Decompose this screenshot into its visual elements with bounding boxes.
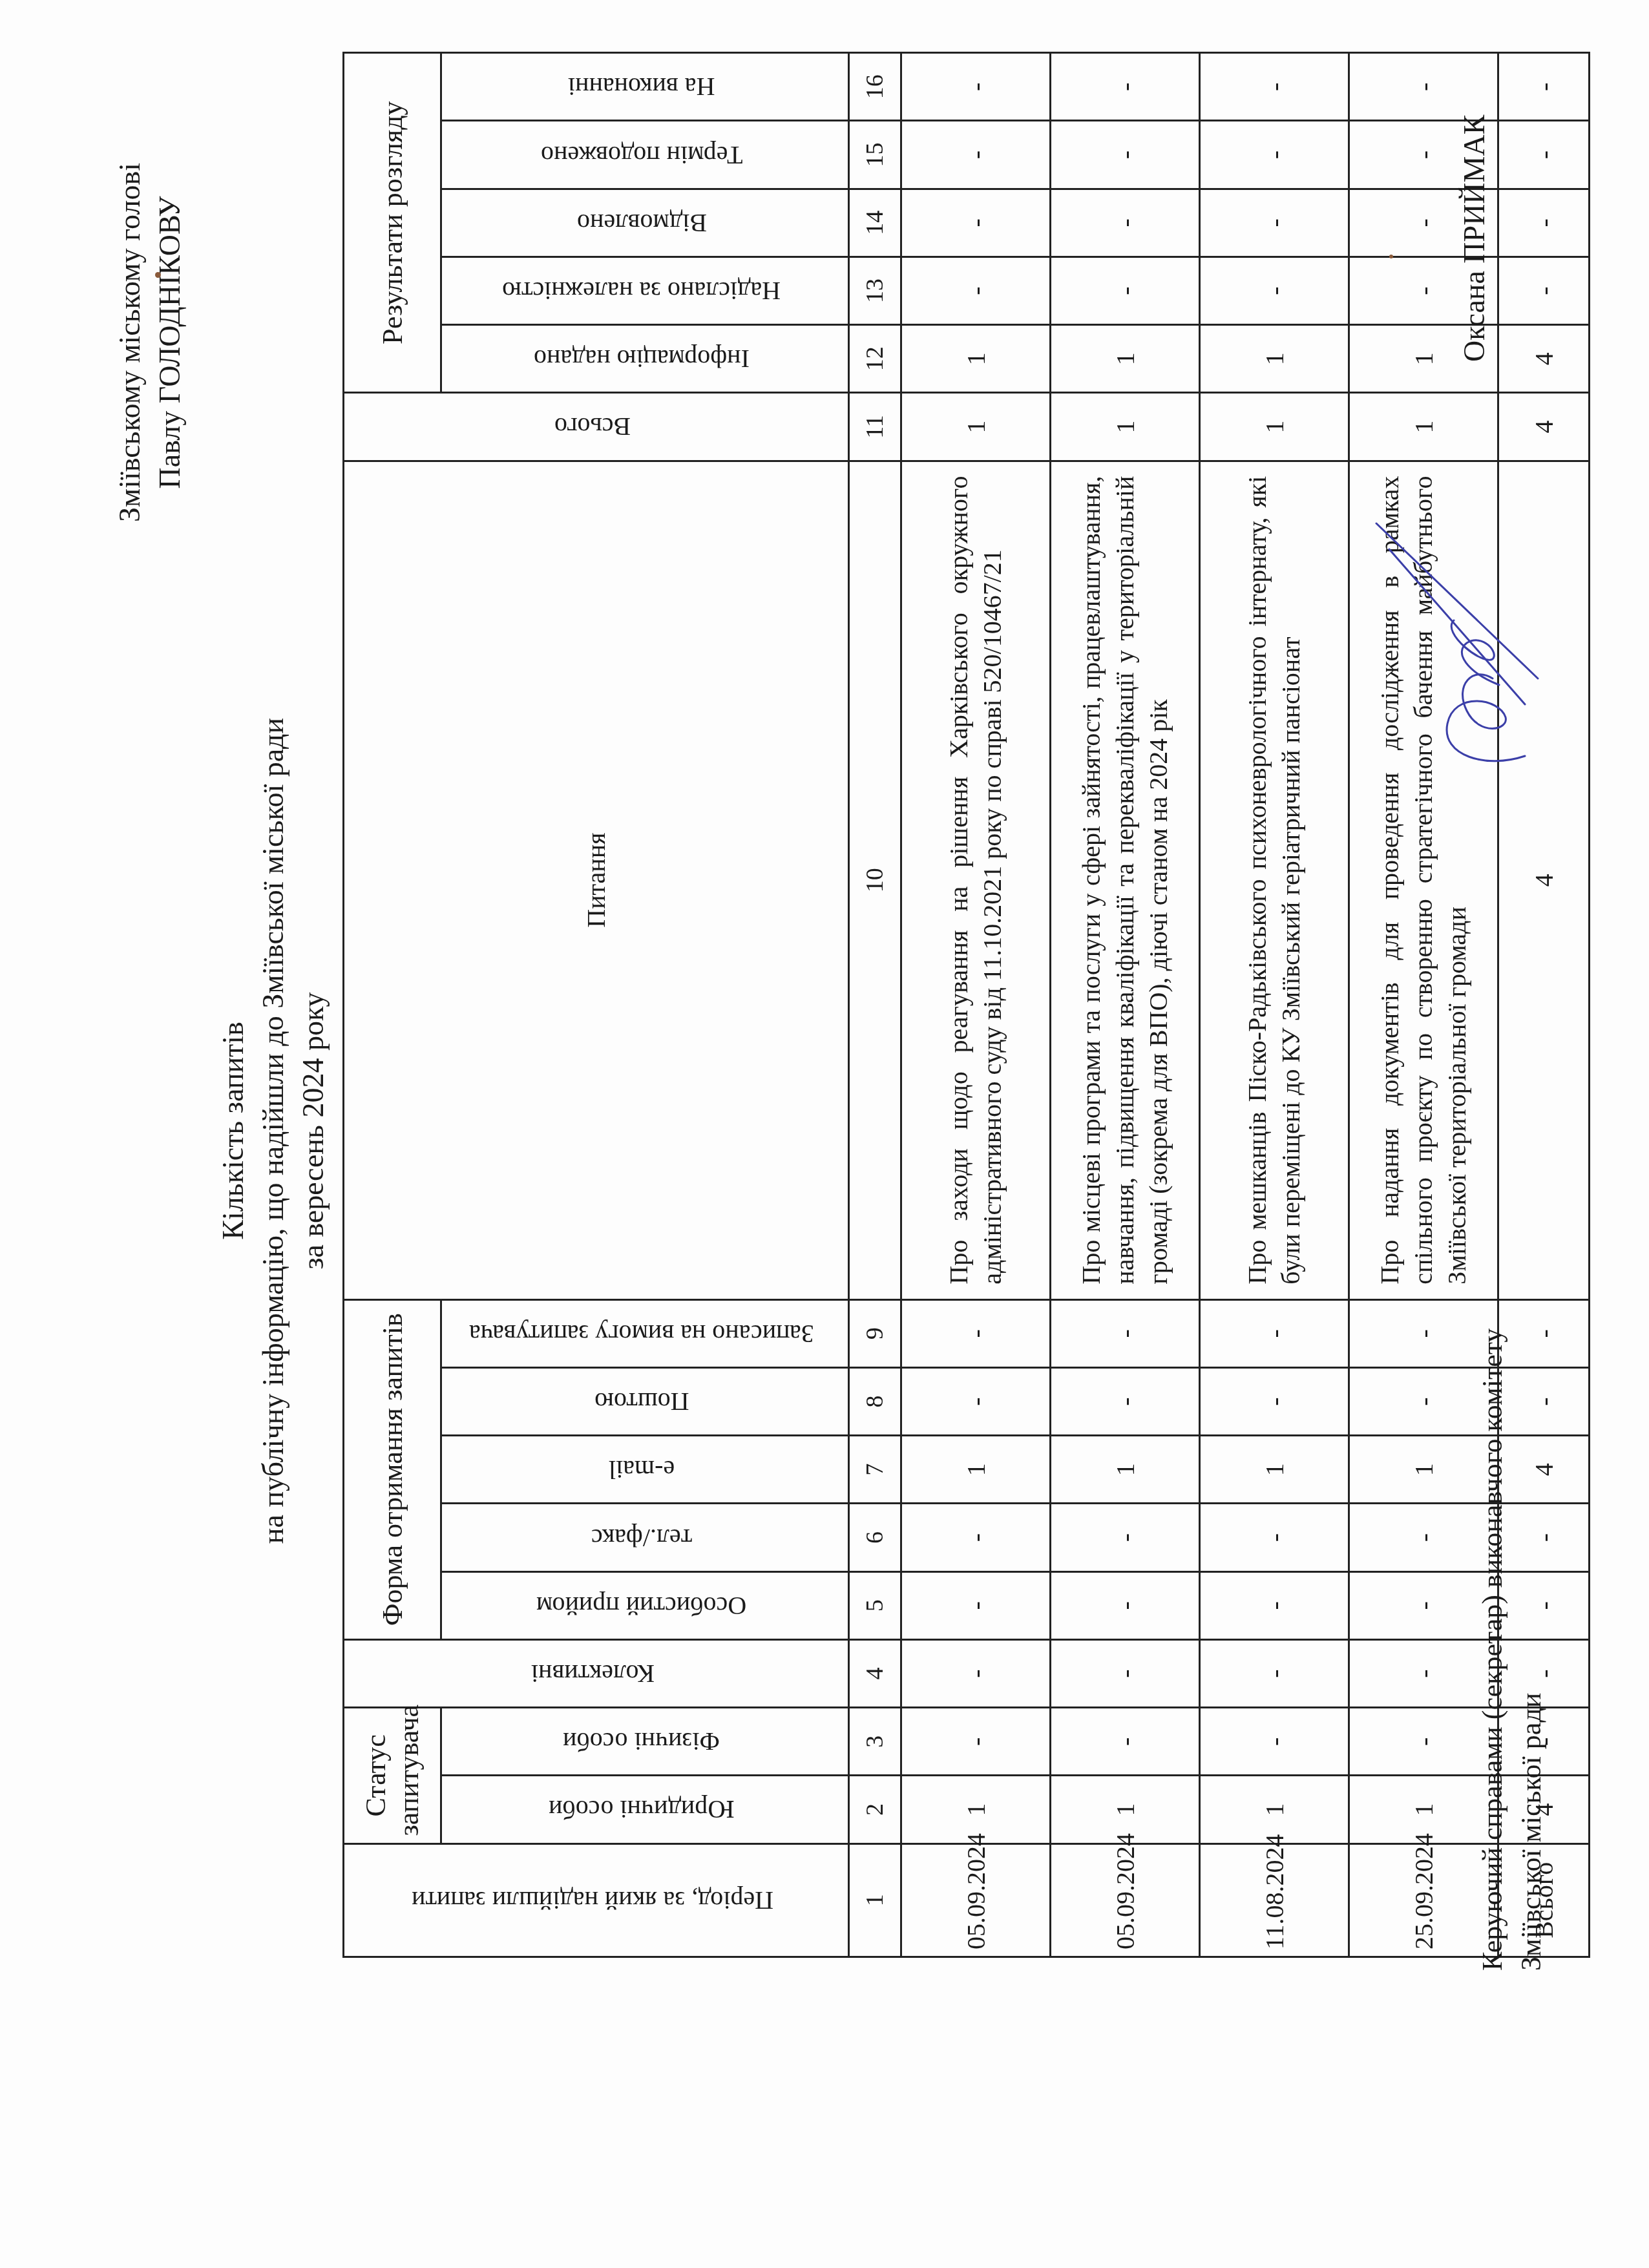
cell-refused: - xyxy=(1200,189,1349,257)
cell-forwarded: - xyxy=(1200,257,1349,324)
col-num: 7 xyxy=(849,1436,901,1504)
col-num: 2 xyxy=(849,1776,901,1843)
cell-email: 1 xyxy=(901,1436,1051,1504)
requests-table: Період, за який надійшли запити Статус з… xyxy=(342,52,1590,1958)
col-num: 1 xyxy=(849,1843,901,1957)
cell-total: 1 xyxy=(1200,393,1349,461)
header-form-group: Форма отримання запитів xyxy=(344,1299,441,1639)
header-results-group: Результати розгляду xyxy=(344,53,441,393)
signer-name: Оксана ПРИЙМАК xyxy=(1457,115,1491,362)
col-num: 14 xyxy=(849,189,901,257)
col-num: 10 xyxy=(849,461,901,1299)
document-title: Кількість запитів на публічну інформацію… xyxy=(213,614,333,1648)
col-num: 16 xyxy=(849,53,901,121)
cell-post: - xyxy=(1051,1367,1200,1435)
cell-info-given: 1 xyxy=(1200,325,1349,393)
header-email: e-mail xyxy=(441,1436,849,1504)
col-num: 9 xyxy=(849,1299,901,1367)
cell-in-progress: - xyxy=(1349,53,1498,121)
header-total: Всього xyxy=(344,393,849,461)
total-extended: - xyxy=(1498,121,1590,189)
cell-forwarded: - xyxy=(901,257,1051,324)
table-row: 05.09.20241----1--Про місцеві програми т… xyxy=(1051,53,1200,1957)
cell-question: Про мешканців Піско-Радьківського психон… xyxy=(1200,461,1349,1299)
table-row: 05.09.20241----1--Про заходи щодо реагув… xyxy=(901,53,1051,1957)
cell-collective: - xyxy=(901,1639,1051,1707)
total-in-progress: - xyxy=(1498,53,1590,121)
header-questions: Питання xyxy=(344,461,849,1299)
cell-email: 1 xyxy=(1200,1436,1349,1504)
cell-info-given: 1 xyxy=(1051,325,1200,393)
header-collective: Колективні xyxy=(344,1639,849,1707)
col-num: 11 xyxy=(849,393,901,461)
cell-total: 1 xyxy=(1051,393,1200,461)
cell-extended: - xyxy=(1051,121,1200,189)
total-info-given: 4 xyxy=(1498,325,1590,393)
header-phone-fax: тел./факс xyxy=(441,1504,849,1571)
document-sheet: Зміївському міському голові Павлу ГОЛОДН… xyxy=(0,0,1649,2268)
total-refused: - xyxy=(1498,189,1590,257)
cell-on-demand: - xyxy=(1051,1299,1200,1367)
cell-in-progress: - xyxy=(1051,53,1200,121)
handwritten-signature-icon xyxy=(1370,510,1544,782)
cell-refused: - xyxy=(901,189,1051,257)
table-row: 11.08.20241----1--Про мешканців Піско-Ра… xyxy=(1200,53,1349,1957)
header-extended: Термін подовжено xyxy=(441,121,849,189)
header-status-group: Статус запитувача xyxy=(344,1708,441,1844)
header-forwarded: Надіслано за належністю xyxy=(441,257,849,324)
title-line-3: за вересень 2024 року xyxy=(293,614,333,1648)
header-personal: Особистий прийом xyxy=(441,1571,849,1639)
cell-email: 1 xyxy=(1051,1436,1200,1504)
cell-total: 1 xyxy=(1349,393,1498,461)
cell-phone-fax: - xyxy=(1051,1504,1200,1571)
cell-period: 11.08.2024 xyxy=(1200,1843,1349,1957)
addressee-block: Зміївському міському голові Павлу ГОЛОДН… xyxy=(110,97,190,588)
col-num: 13 xyxy=(849,257,901,324)
cell-physical: - xyxy=(1200,1708,1349,1776)
cell-collective: - xyxy=(1200,1639,1349,1707)
addressee-line-2: Павлу ГОЛОДНІКОВУ xyxy=(150,97,190,588)
cell-in-progress: - xyxy=(1200,53,1349,121)
cell-legal: 1 xyxy=(1200,1776,1349,1843)
cell-personal: - xyxy=(901,1571,1051,1639)
col-num: 4 xyxy=(849,1639,901,1707)
column-number-row: 1 2 3 4 5 6 7 8 9 10 11 12 13 14 15 16 xyxy=(849,53,901,1957)
cell-question: Про заходи щодо реагування на рішення Ха… xyxy=(901,461,1051,1299)
cell-extended: - xyxy=(901,121,1051,189)
header-refused: Відмовлено xyxy=(441,189,849,257)
cell-post: - xyxy=(1200,1367,1349,1435)
col-num: 12 xyxy=(849,325,901,393)
cell-phone-fax: - xyxy=(901,1504,1051,1571)
header-legal: Юридичні особи xyxy=(441,1776,849,1843)
title-line-1: Кількість запитів xyxy=(213,614,253,1648)
cell-phone-fax: - xyxy=(1200,1504,1349,1571)
total-forwarded: - xyxy=(1498,257,1590,324)
cell-question: Про місцеві програми та послуги у сфері … xyxy=(1051,461,1200,1299)
cell-info-given: 1 xyxy=(901,325,1051,393)
total-total: 4 xyxy=(1498,393,1590,461)
cell-extended: - xyxy=(1200,121,1349,189)
header-on-demand: Записано на вимогу запитувача xyxy=(441,1299,849,1367)
col-num: 5 xyxy=(849,1571,901,1639)
scan-speck xyxy=(1389,255,1393,258)
signature-position-line-1: Керуючий справами (секретар) виконавчого… xyxy=(1473,1002,1512,1971)
cell-post: - xyxy=(901,1367,1051,1435)
col-num: 15 xyxy=(849,121,901,189)
header-physical: Фізичні особи xyxy=(441,1708,849,1776)
cell-personal: - xyxy=(1051,1571,1200,1639)
cell-period: 05.09.2024 xyxy=(1051,1843,1200,1957)
header-info-given: Інформацію надано xyxy=(441,325,849,393)
cell-physical: - xyxy=(1051,1708,1200,1776)
cell-on-demand: - xyxy=(1200,1299,1349,1367)
header-in-progress: На виконанні xyxy=(441,53,849,121)
cell-in-progress: - xyxy=(901,53,1051,121)
addressee-line-1: Зміївському міському голові xyxy=(110,97,150,588)
cell-physical: - xyxy=(901,1708,1051,1776)
signature-position: Керуючий справами (секретар) виконавчого… xyxy=(1473,1002,1551,1971)
col-num: 3 xyxy=(849,1708,901,1776)
header-period: Період, за який надійшли запити xyxy=(344,1843,849,1957)
cell-collective: - xyxy=(1051,1639,1200,1707)
col-num: 8 xyxy=(849,1367,901,1435)
cell-total: 1 xyxy=(901,393,1051,461)
header-post: Поштою xyxy=(441,1367,849,1435)
cell-on-demand: - xyxy=(901,1299,1051,1367)
cell-forwarded: - xyxy=(1051,257,1200,324)
col-num: 6 xyxy=(849,1504,901,1571)
cell-period: 05.09.2024 xyxy=(901,1843,1051,1957)
cell-personal: - xyxy=(1200,1571,1349,1639)
scan-speck xyxy=(155,272,161,278)
cell-refused: - xyxy=(1051,189,1200,257)
title-line-2: на публічну інформацію, що надійшли до З… xyxy=(253,614,293,1648)
signature-position-line-2: Зміївської міської ради xyxy=(1512,1002,1551,1971)
